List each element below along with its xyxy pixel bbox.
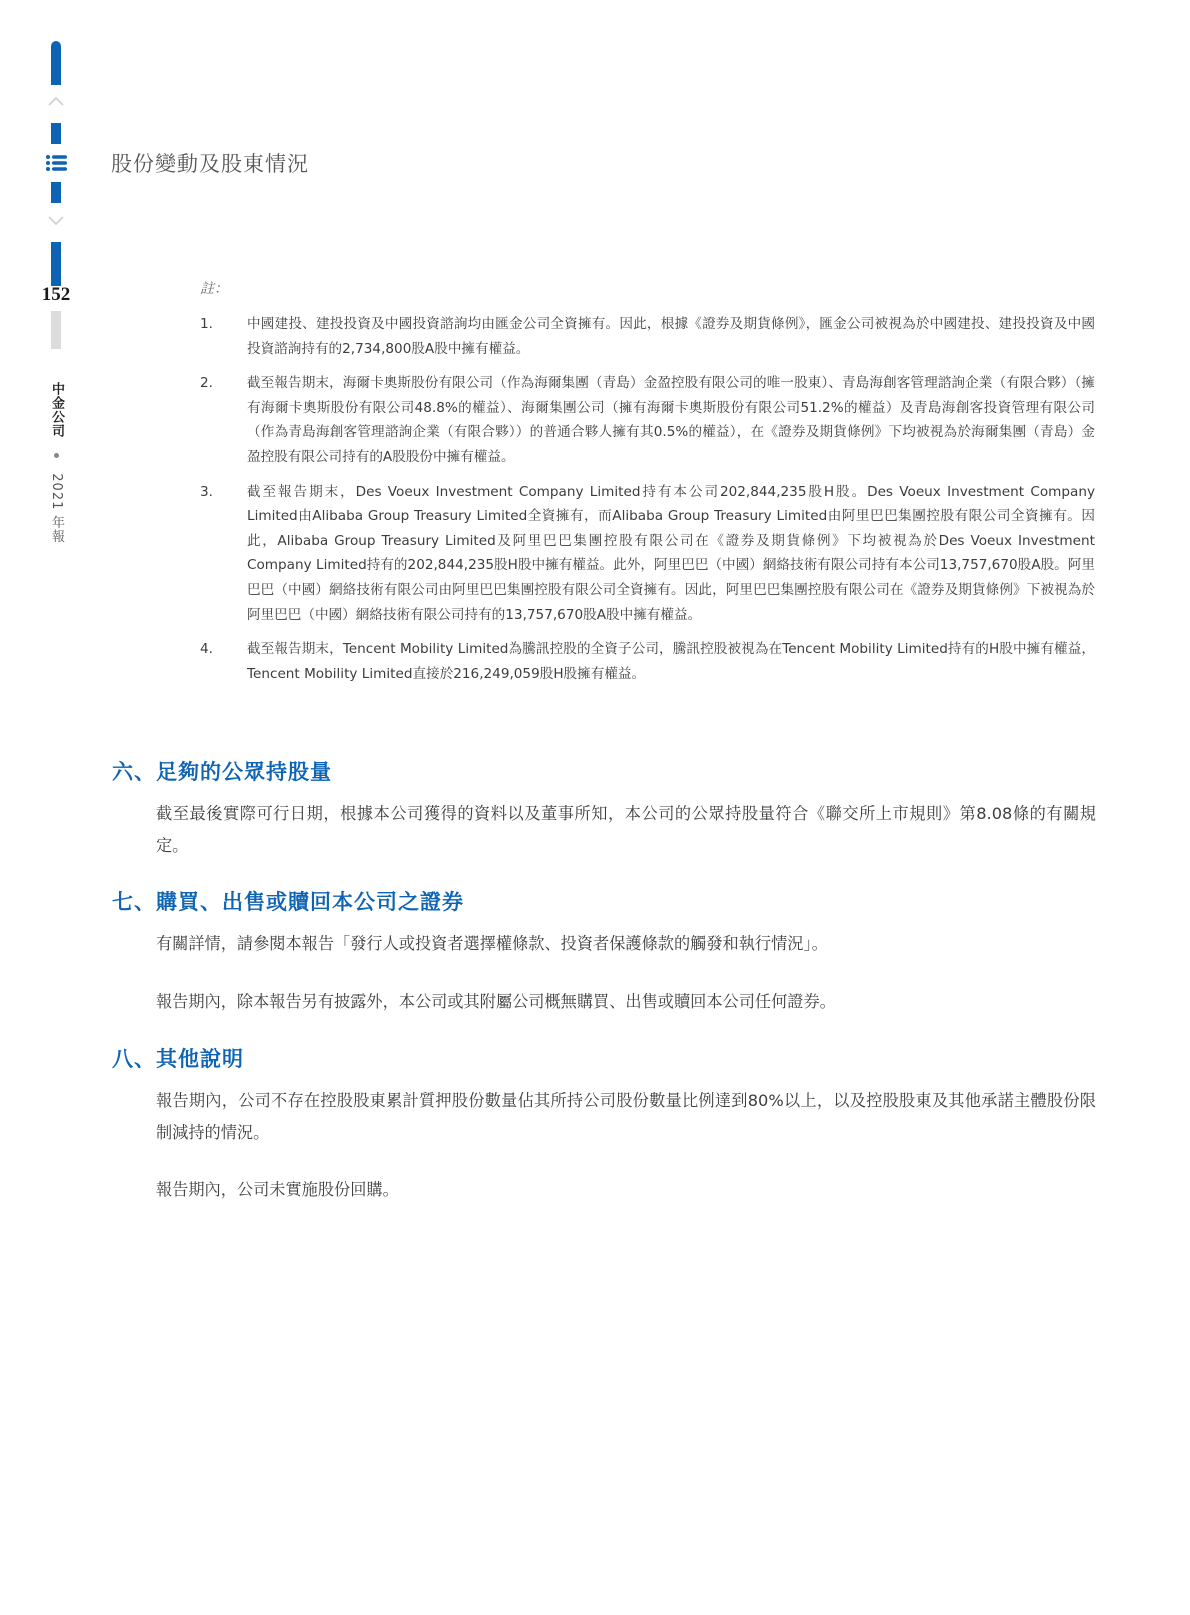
section-heading-securities-repurchase: 七、購買、出售或贖回本公司之證券	[112, 886, 464, 916]
report-year: 2021 年報	[49, 473, 64, 543]
note-text: 截至報告期末，海爾卡奧斯股份有限公司（作為海爾集團（青島）金盈控股有限公司的唯一…	[247, 375, 1095, 465]
note-item: 1. 中國建投、建投投資及中國投資諮詢均由匯金公司全資擁有。因此，根據《證券及期…	[200, 312, 1095, 361]
report-label: 中金公司 2021 年報	[46, 382, 66, 544]
page-number: 152	[38, 284, 74, 306]
section-paragraph: 截至最後實際可行日期，根據本公司獲得的資料以及董事所知，本公司的公眾持股量符合《…	[156, 798, 1096, 862]
note-number: 2.	[200, 371, 213, 396]
note-text: 中國建投、建投投資及中國投資諮詢均由匯金公司全資擁有。因此，根據《證券及期貨條例…	[247, 316, 1095, 357]
rail-accent-bar	[51, 123, 61, 144]
note-item: 4. 截至報告期末，Tencent Mobility Limited為騰訊控股的…	[200, 637, 1095, 686]
separator-dot	[54, 453, 59, 458]
page-title: 股份變動及股東情況	[111, 148, 309, 178]
section-paragraph: 報告期內，公司未實施股份回購。	[156, 1174, 1096, 1206]
section-paragraph: 有關詳情，請參閱本報告「發行人或投資者選擇權條款、投資者保護條款的觸發和執行情況…	[156, 928, 1096, 960]
section-paragraph: 報告期內，公司不存在控股股東累計質押股份數量佔其所持公司股份數量比例達到80%以…	[156, 1085, 1096, 1149]
section-heading-other-notes: 八、其他說明	[112, 1043, 244, 1073]
section-heading-public-float: 六、足夠的公眾持股量	[112, 756, 332, 786]
note-number: 1.	[200, 312, 213, 337]
note-item: 3. 截至報告期末，Des Voeux Investment Company L…	[200, 480, 1095, 628]
list-menu-icon[interactable]	[45, 153, 69, 173]
section-paragraph: 報告期內，除本報告另有披露外，本公司或其附屬公司概無購買、出售或贖回本公司任何證…	[156, 986, 1096, 1018]
rail-accent-bar	[51, 41, 61, 85]
company-name: 中金公司	[49, 382, 64, 438]
chevron-up-icon[interactable]	[47, 92, 65, 110]
note-text: 截至報告期末，Tencent Mobility Limited為騰訊控股的全資子…	[247, 641, 1095, 682]
notes-list: 1. 中國建投、建投投資及中國投資諮詢均由匯金公司全資擁有。因此，根據《證券及期…	[200, 312, 1095, 696]
note-number: 3.	[200, 480, 213, 505]
side-navigation-rail: 152 中金公司 2021 年報	[0, 0, 100, 600]
rail-accent-bar	[51, 242, 61, 286]
chevron-down-icon[interactable]	[47, 212, 65, 230]
note-item: 2. 截至報告期末，海爾卡奧斯股份有限公司（作為海爾集團（青島）金盈控股有限公司…	[200, 371, 1095, 469]
note-text: 截至報告期末，Des Voeux Investment Company Limi…	[247, 484, 1095, 623]
notes-label: 註：	[200, 278, 228, 298]
note-number: 4.	[200, 637, 213, 662]
rail-accent-bar	[51, 182, 61, 203]
rail-divider-bar	[51, 311, 61, 349]
